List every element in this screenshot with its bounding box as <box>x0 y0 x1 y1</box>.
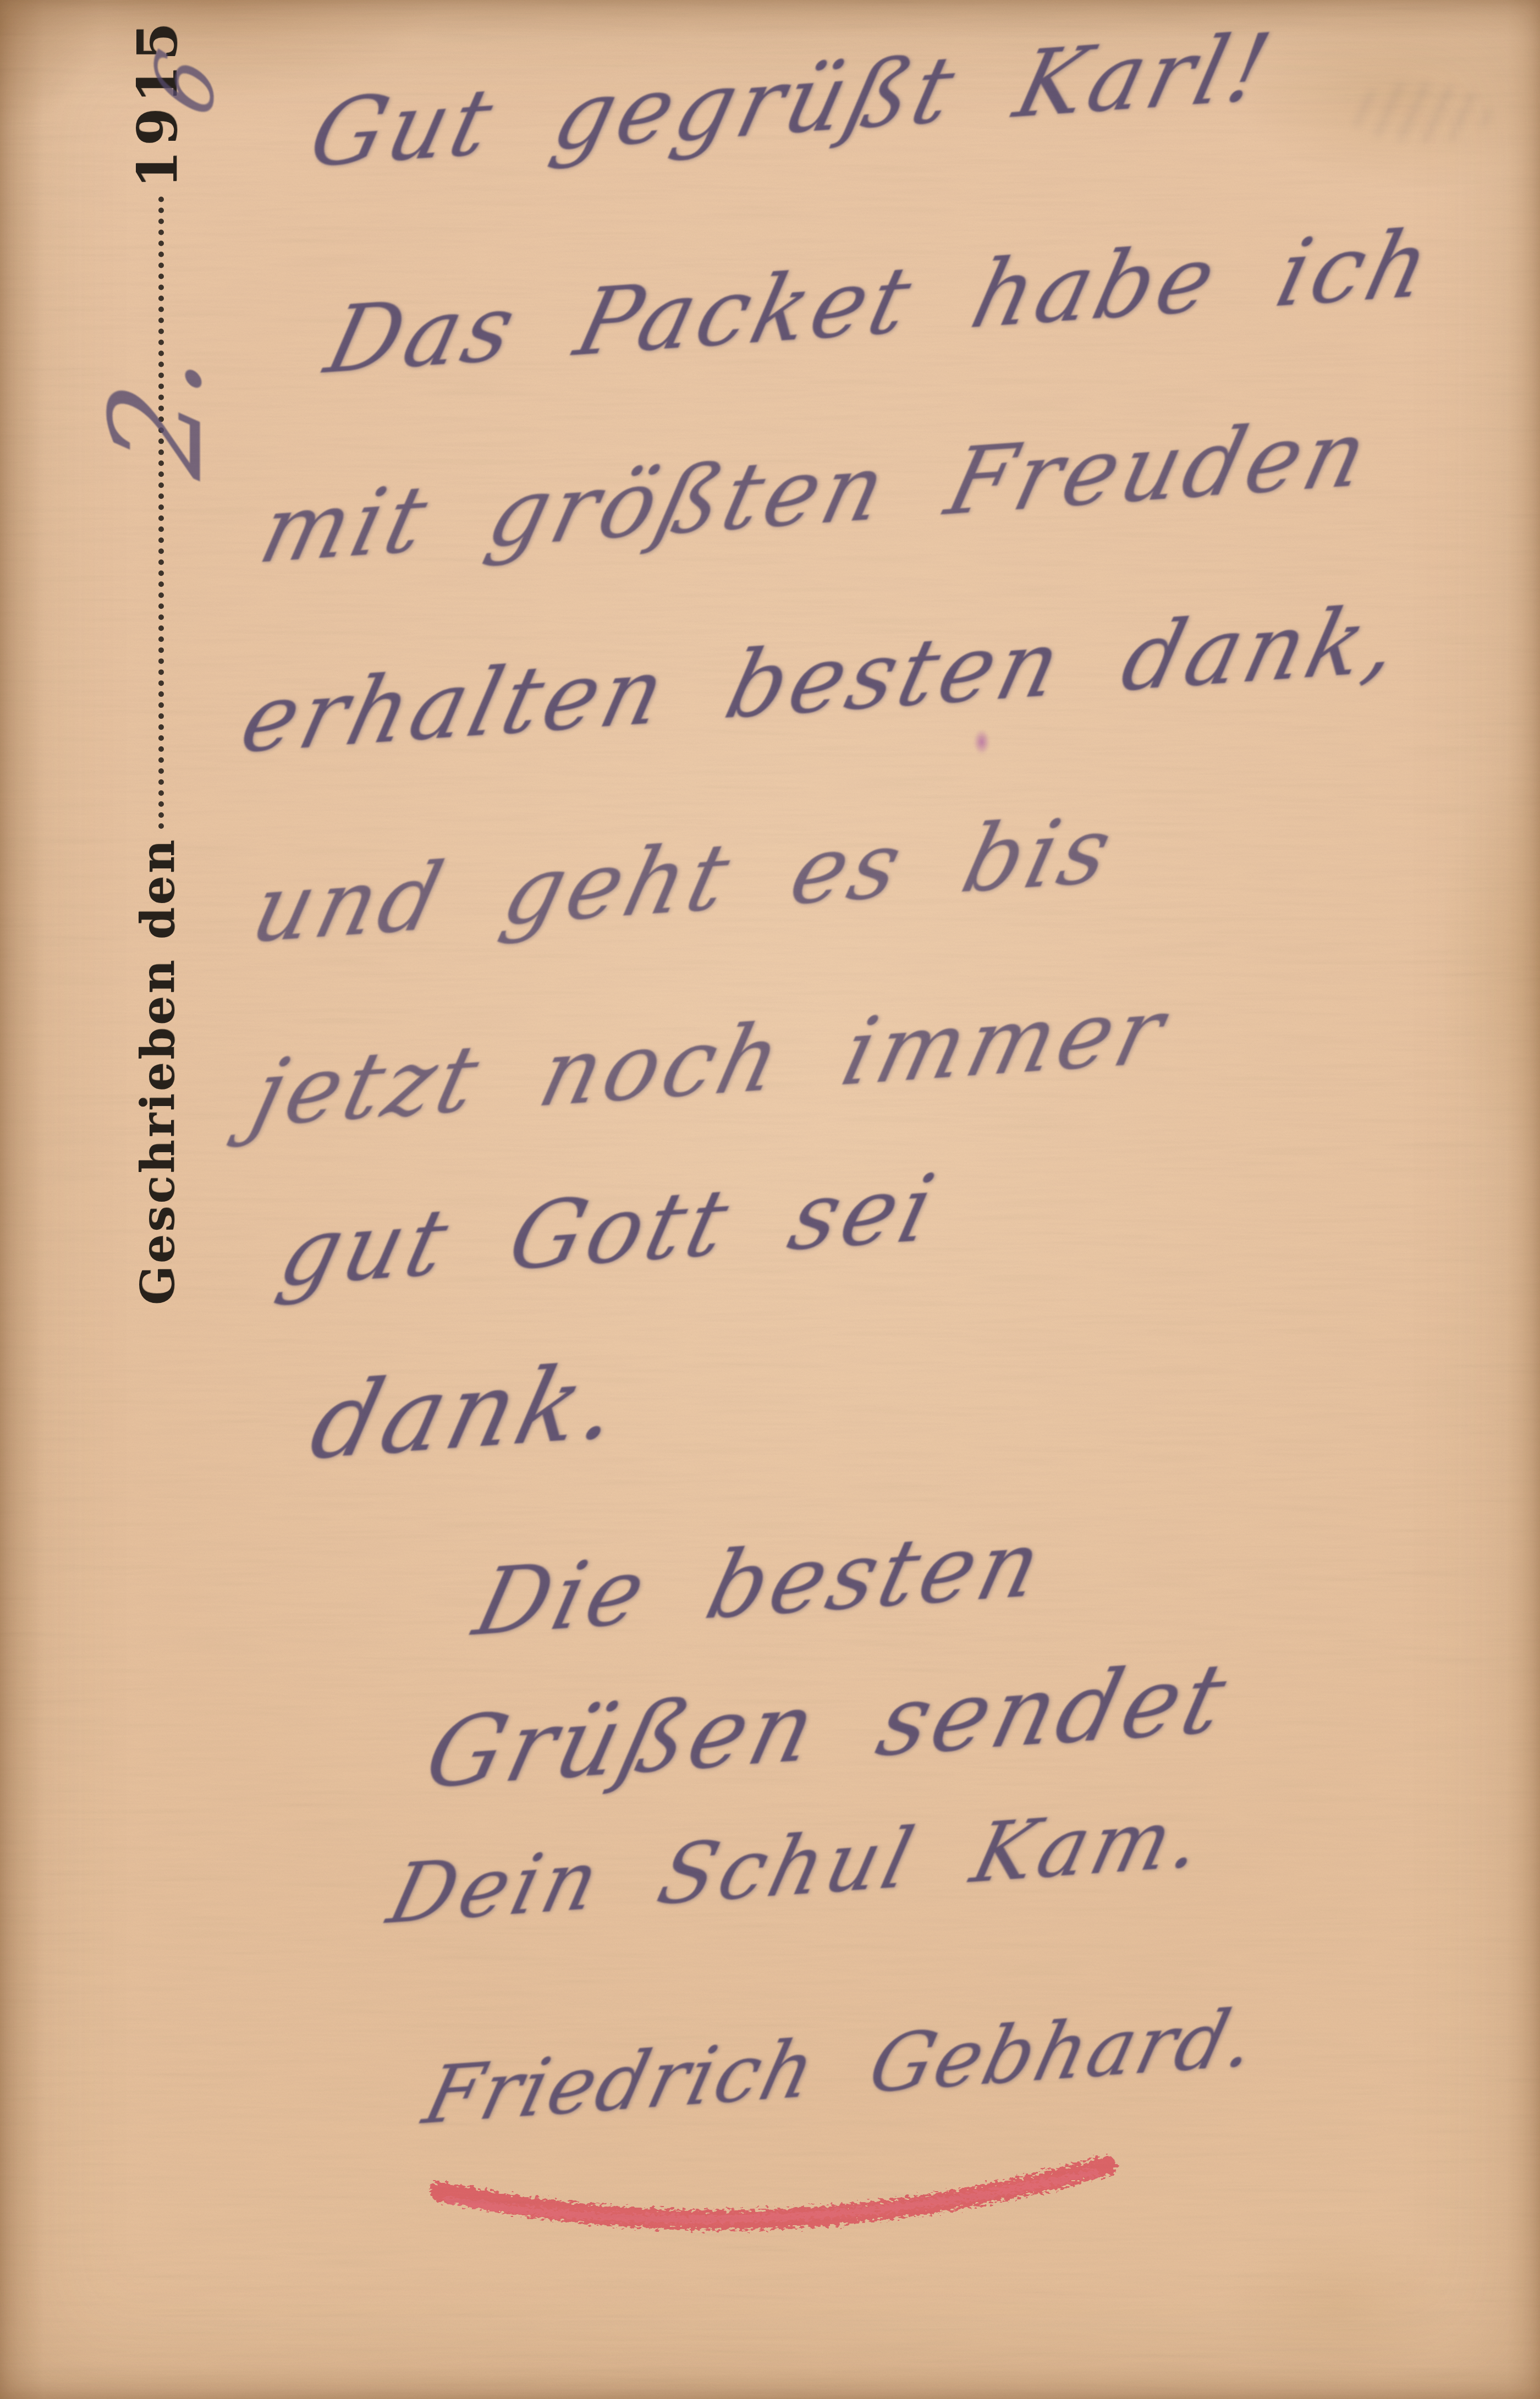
pencil-smudge <box>1347 82 1491 143</box>
message-line-5: und geht es bis <box>242 796 1126 964</box>
message-line-6: jetzt noch immer <box>242 976 1179 1148</box>
handwritten-day: 2. <box>84 331 230 488</box>
message-line-7: gut Gott sei <box>269 1154 948 1307</box>
message-line-1: Gut gegrüßt Karl! <box>300 13 1284 188</box>
message-line-3: mit größten Freuden <box>250 399 1382 584</box>
message-line-11: Dein Schul Kam. <box>380 1789 1217 1943</box>
message-line-8: dank. <box>300 1340 636 1483</box>
message-line-2: Das Packet habe ich <box>316 210 1444 394</box>
dotted-leader <box>158 196 164 829</box>
message-line-4: erhalten besten dank, <box>231 585 1415 774</box>
message-line-10: Grüßen sendet <box>415 1642 1241 1810</box>
postcard-scan: Geschrieben den 1915 2. 6 Gut gegrüßt Ka… <box>0 0 1540 2399</box>
printed-date-line: Geschrieben den 1915 2. 6 <box>128 52 187 1317</box>
message-line-9: Die besten <box>465 1509 1056 1657</box>
ink-blot <box>974 729 990 755</box>
signature-line: Friedrich Gebhard. <box>415 1991 1268 2142</box>
geschrieben-den-label: Geschrieben den <box>130 838 185 1317</box>
